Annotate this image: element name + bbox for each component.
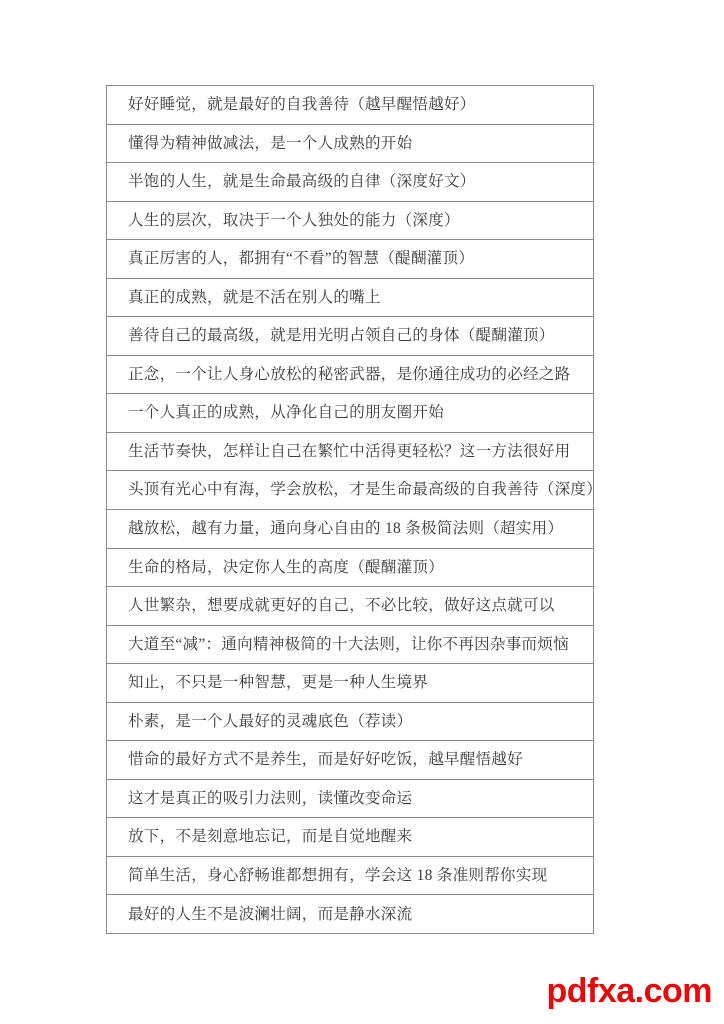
article-title: 正念，一个让人身心放松的秘密武器，是你通往成功的必经之路 bbox=[128, 367, 570, 383]
list-item: 简单生活，身心舒畅谁都想拥有，学会这 18 条准则帮你实现 bbox=[107, 857, 593, 896]
article-title: 这才是真正的吸引力法则，读懂改变命运 bbox=[128, 791, 412, 807]
article-title: 人世繁杂，想要成就更好的自己，不必比较，做好这点就可以 bbox=[128, 598, 555, 614]
article-title: 人生的层次，取决于一个人独处的能力（深度） bbox=[128, 213, 460, 229]
list-item: 这才是真正的吸引力法则，读懂改变命运 bbox=[107, 780, 593, 819]
list-item: 真正的成熟，就是不活在别人的嘴上 bbox=[107, 279, 593, 318]
article-title: 大道至“减”：通向精神极简的十大法则，让你不再因杂事而烦恼 bbox=[128, 637, 569, 653]
article-title: 知止，不只是一种智慧，更是一种人生境界 bbox=[128, 675, 428, 691]
article-title: 头顶有光心中有海，学会放松，才是生命最高级的自我善待（深度） bbox=[128, 482, 593, 498]
list-item: 人世繁杂，想要成就更好的自己，不必比较，做好这点就可以 bbox=[107, 587, 593, 626]
article-title: 真正的成熟，就是不活在别人的嘴上 bbox=[128, 290, 381, 306]
article-title: 懂得为精神做减法，是一个人成熟的开始 bbox=[128, 136, 412, 152]
article-title: 真正厉害的人，都拥有“不看”的智慧（醍醐灌顶） bbox=[128, 251, 474, 267]
list-item: 正念，一个让人身心放松的秘密武器，是你通往成功的必经之路 bbox=[107, 356, 593, 395]
site-watermark: pdfxa.com bbox=[546, 974, 712, 1008]
article-title: 生命的格局，决定你人生的高度（醍醐灌顶） bbox=[128, 560, 444, 576]
list-item: 知止，不只是一种智慧，更是一种人生境界 bbox=[107, 664, 593, 703]
list-item: 善待自己的最高级，就是用光明占领自己的身体（醍醐灌顶） bbox=[107, 317, 593, 356]
list-item: 真正厉害的人，都拥有“不看”的智慧（醍醐灌顶） bbox=[107, 240, 593, 279]
list-item: 头顶有光心中有海，学会放松，才是生命最高级的自我善待（深度） bbox=[107, 471, 593, 510]
list-item: 惜命的最好方式不是养生，而是好好吃饭，越早醒悟越好 bbox=[107, 741, 593, 780]
list-item: 一个人真正的成熟，从净化自己的朋友圈开始 bbox=[107, 394, 593, 433]
list-item: 最好的人生不是波澜壮阔，而是静水深流 bbox=[107, 895, 593, 933]
article-title: 生活节奏快，怎样让自己在繁忙中活得更轻松？这一方法很好用 bbox=[128, 444, 570, 460]
article-title: 善待自己的最高级，就是用光明占领自己的身体（醍醐灌顶） bbox=[128, 328, 555, 344]
list-item: 好好睡觉，就是最好的自我善待（越早醒悟越好） bbox=[107, 86, 593, 125]
article-title: 惜命的最好方式不是养生，而是好好吃饭，越早醒悟越好 bbox=[128, 752, 523, 768]
article-title: 朴素，是一个人最好的灵魂底色（荐读） bbox=[128, 714, 412, 730]
list-item: 生命的格局，决定你人生的高度（醍醐灌顶） bbox=[107, 549, 593, 588]
list-item: 大道至“减”：通向精神极简的十大法则，让你不再因杂事而烦恼 bbox=[107, 626, 593, 665]
article-title: 放下，不是刻意地忘记，而是自觉地醒来 bbox=[128, 829, 412, 845]
article-title: 好好睡觉，就是最好的自我善待（越早醒悟越好） bbox=[128, 97, 476, 113]
article-title: 一个人真正的成熟，从净化自己的朋友圈开始 bbox=[128, 405, 444, 421]
document-page: 好好睡觉，就是最好的自我善待（越早醒悟越好） 懂得为精神做减法，是一个人成熟的开… bbox=[0, 0, 724, 1024]
list-item: 放下，不是刻意地忘记，而是自觉地醒来 bbox=[107, 818, 593, 857]
list-item: 懂得为精神做减法，是一个人成熟的开始 bbox=[107, 125, 593, 164]
list-item: 生活节奏快，怎样让自己在繁忙中活得更轻松？这一方法很好用 bbox=[107, 433, 593, 472]
list-item: 半饱的人生，就是生命最高级的自律（深度好文） bbox=[107, 163, 593, 202]
article-title: 简单生活，身心舒畅谁都想拥有，学会这 18 条准则帮你实现 bbox=[128, 868, 547, 884]
article-title-list: 好好睡觉，就是最好的自我善待（越早醒悟越好） 懂得为精神做减法，是一个人成熟的开… bbox=[106, 85, 594, 934]
list-item: 越放松，越有力量，通向身心自由的 18 条极简法则（超实用） bbox=[107, 510, 593, 549]
article-title: 越放松，越有力量，通向身心自由的 18 条极简法则（超实用） bbox=[128, 521, 563, 537]
article-title: 半饱的人生，就是生命最高级的自律（深度好文） bbox=[128, 174, 476, 190]
list-item: 人生的层次，取决于一个人独处的能力（深度） bbox=[107, 202, 593, 241]
list-item: 朴素，是一个人最好的灵魂底色（荐读） bbox=[107, 703, 593, 742]
article-title: 最好的人生不是波澜壮阔，而是静水深流 bbox=[128, 907, 412, 923]
